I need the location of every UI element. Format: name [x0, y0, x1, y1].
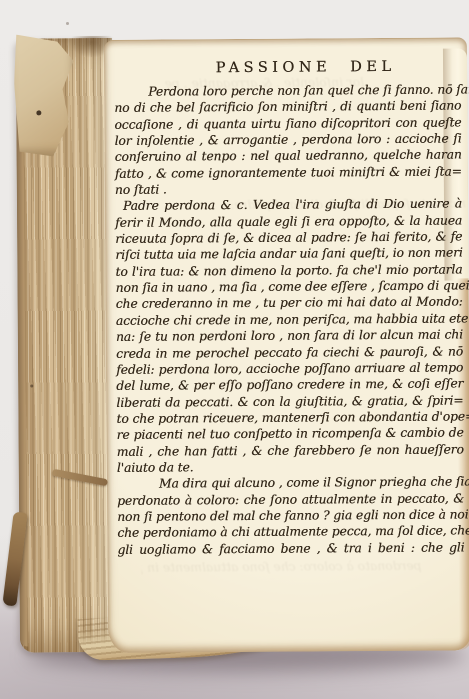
photo-backdrop: riceuuta ſopra di ſe, & dicea al padre: … — [0, 0, 469, 699]
text-line: gli uogliamo & facciamo bene , & tra i b… — [117, 539, 464, 558]
book: riceuuta ſopra di ſe, & dicea al padre: … — [16, 33, 469, 658]
ink-speck — [36, 110, 41, 115]
showthrough-text: perdonato à coloro: che ſono attualmente… — [141, 559, 421, 575]
text-line: che perdoniamo à chi attualmente pecca, … — [117, 523, 464, 542]
text-line: fatto , & come ignorantemente tuoi miniſ… — [115, 163, 462, 182]
paragraph-3: Ma dira qui alcuno , come il Signor prie… — [117, 474, 465, 558]
text-block: PASSIONE DEL Perdona loro perche non ſan… — [114, 56, 464, 557]
text-line: mali , che han fatti , & che farebbero ſ… — [117, 441, 464, 460]
background-speck — [66, 22, 69, 25]
text-line: na: ſe tu non perdoni loro , non ſara di… — [116, 327, 463, 346]
text-line: conſeruino al tenpo : nel qual uedranno,… — [115, 147, 462, 166]
text-line: re piacenti nel tuo conſpetto in ricompe… — [117, 425, 464, 444]
text-line: no di che bel ſacrificio ſon miniſtri , … — [114, 98, 461, 117]
text-line: Ma dira qui alcuno , come il Signor prie… — [117, 474, 464, 493]
paragraph-2: Padre perdona & c. Vedea l'ira giuſta di… — [115, 196, 464, 476]
book-page: riceuuta ſopra di ſe, & dicea al padre: … — [104, 37, 469, 653]
running-header: PASSIONE DEL — [150, 58, 461, 76]
ink-speck — [30, 384, 33, 387]
text-line: del lume, & per eſſo poſſano credere in … — [116, 376, 463, 395]
book-fore-edge — [16, 38, 116, 653]
paragraph-1: Perdona loro perche non ſan quel che ſi … — [114, 81, 462, 198]
